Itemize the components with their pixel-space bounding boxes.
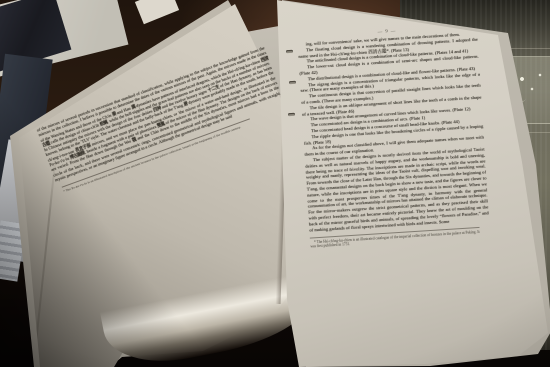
binder-hole (288, 113, 295, 116)
right-page-text-column: — 9 — ing, will for convenience' sake, w… (297, 23, 490, 249)
desk-photo-scene: of the mirrors of several periods in suc… (0, 0, 550, 367)
closing-paragraph: The subject matter of the designs is mos… (305, 146, 489, 233)
binder-hole (286, 50, 293, 53)
binder-hole (289, 81, 296, 84)
